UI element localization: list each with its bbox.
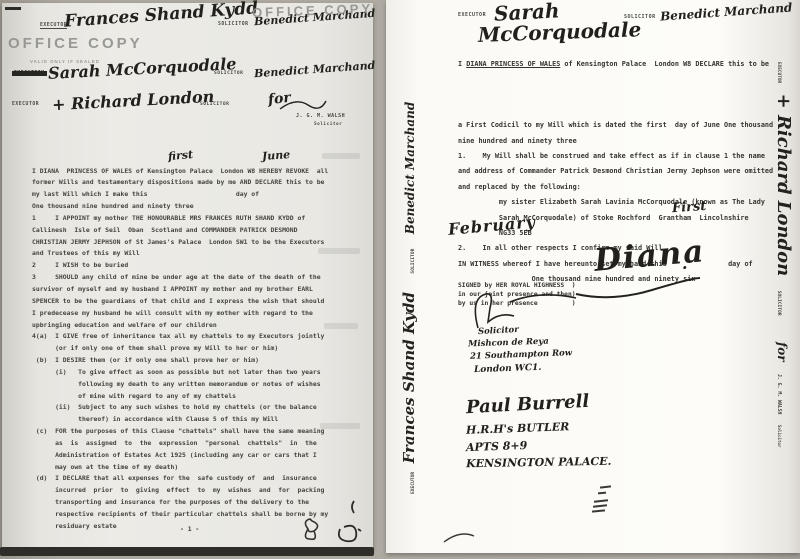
will-body-line: SPENCER to be the guardians of that chil… — [32, 296, 328, 308]
will-body-line: (i) To give effect as soon as possible b… — [32, 367, 328, 379]
witness1-signature-scrawl — [460, 288, 580, 332]
will-body-line: Administration of Estates Act 1925 (incl… — [32, 450, 328, 462]
richard-margin-signature: + Richard London — [773, 94, 794, 277]
scan-artifact — [318, 248, 360, 254]
codicil-line1-pre: I — [458, 60, 466, 68]
will-body-line: I DIANA PRINCESS OF WALES of Kensington … — [32, 166, 328, 178]
codicil-page: EXECUTOR Sarah McCorquodale SOLICITOR Be… — [386, 0, 800, 553]
will-body-line: (d) I DECLARE that all expenses for the … — [32, 473, 328, 485]
codicil-body-line: and address of Commander Patrick Desmond… — [458, 164, 773, 179]
witness1-city: London WC1. — [474, 363, 542, 375]
scan-shadow-bar — [0, 547, 374, 556]
handwritten-day: First — [672, 199, 707, 216]
will-body-line: 4(a) I GIVE free of inheritance tax all … — [32, 331, 328, 343]
will-body-line: 2 I WISH to be buried — [32, 260, 328, 272]
will-body-line: (ii) Subject to any such wishes to hold … — [32, 402, 328, 414]
will-body-line: (b) I DESIRE them (or if only one shall … — [32, 355, 328, 367]
executrix-label-struck: EXECUTRIX — [12, 71, 47, 76]
will-body-line: transporting and insurance for the purpo… — [32, 497, 328, 509]
will-body-line: thereof) in accordance with Clause 5 of … — [32, 414, 328, 426]
will-body-line: I predecease my husband he will consult … — [32, 308, 328, 320]
scan-artifact — [322, 153, 360, 159]
will-body-line: (c) FOR the purposes of this Clause "cha… — [32, 426, 328, 438]
codicil-title-underlined: DIANA PRINCESS OF WALES — [466, 60, 560, 68]
solicitor-signature: Benedict Marchand — [660, 0, 793, 23]
solicitor-label: SOLICITOR — [411, 249, 416, 274]
will-body-line: and Trustees of this my Will — [32, 248, 328, 260]
codicil-line1-rest: of Kensington Palace London W8 DECLARE t… — [560, 60, 769, 68]
walsh-typed-title: Solicitor — [314, 122, 342, 127]
page-number: - 1 - — [180, 525, 199, 533]
codicil-body-line: nine hundred and ninety three — [458, 134, 773, 149]
walsh-typed-title: Solicitor — [777, 425, 782, 448]
scan-corner-mark — [5, 7, 21, 10]
handwritten-day: first — [167, 148, 193, 163]
witness2-title: H.R.H's BUTLER — [466, 420, 570, 437]
solicitor-label: SOLICITOR — [776, 291, 781, 316]
scanned-will-document: EXECUTOR Frances Shand Kydd SOLICITOR Be… — [0, 0, 800, 559]
will-body-line: incurred prior to giving effect to my wi… — [32, 485, 328, 497]
witness2-residence: KENSINGTON PALACE. — [466, 455, 612, 471]
will-body-line: survivor of myself and my husband I APPO… — [32, 284, 328, 296]
marchand-margin-signature: Benedict Marchand — [403, 102, 417, 234]
will-page-1: EXECUTOR Frances Shand Kydd SOLICITOR Be… — [2, 3, 373, 549]
witness1-address: 21 Southampton Row — [470, 348, 572, 362]
will-body-text: I DIANA PRINCESS OF WALES of Kensington … — [32, 130, 328, 533]
office-copy-stamp: OFFICE COPY — [8, 35, 143, 52]
will-body-line: 3 SHOULD any child of mine be under age … — [32, 272, 328, 284]
walsh-typed-name: J. G. M. WALSH — [296, 113, 345, 119]
codicil-body-line: and replaced by the following: — [458, 180, 773, 195]
executor-label: EXECUTOR — [40, 23, 67, 29]
will-body-line: my last Will which I make this day of — [32, 189, 328, 201]
will-body-line: (or if only one of them shall prove my W… — [32, 343, 328, 355]
codicil-line-1: I DIANA PRINCESS OF WALES of Kensington … — [458, 57, 769, 72]
will-body-line: One thousand nine hundred and ninety thr… — [32, 201, 328, 213]
executor-label: EXECUTOR — [458, 12, 486, 18]
margin-signature-richard: EXECUTOR + Richard London SOLICITOR for … — [773, 62, 794, 492]
witness1-title: Solicitor — [478, 325, 519, 337]
will-body-line: may own at the time of my death) — [32, 462, 328, 474]
margin-signature-frances: EXECUTOR Frances Shand Kydd SOLICITOR Be… — [400, 94, 419, 494]
scan-pen-mark — [442, 530, 476, 544]
will-body-line: 1 I APPOINT my mother THE HONOURABLE MRS… — [32, 213, 328, 225]
scan-artifact — [320, 423, 360, 429]
witness2-signature: Paul Burrell — [466, 391, 590, 418]
solicitor-label: SOLICITOR — [624, 14, 656, 20]
diana-signature-flourish — [572, 276, 702, 300]
witness-initials-doodle — [300, 511, 330, 547]
executor-label: EXECUTOR — [776, 62, 781, 83]
solicitor-label: SOLICITOR — [218, 22, 249, 27]
diana-initial-doodle — [332, 499, 366, 549]
witness2-address: APTS 8+9 — [466, 439, 528, 454]
signature-flourish — [278, 95, 328, 115]
walsh-typed-name: J. G. M. WALSH — [776, 374, 781, 414]
codicil-body-line: 1. My Will shall be construed and take e… — [458, 149, 773, 164]
codicil-body-line: a First Codicil to my Will which is date… — [458, 118, 773, 133]
will-body-line: respective recipients of their particula… — [32, 509, 328, 521]
will-body-line: following my death to any written memora… — [32, 379, 328, 391]
codicil-body-line: my sister Elizabeth Sarah Lavinia McCorq… — [458, 195, 773, 210]
solicitor2-signature: Benedict Marchand — [254, 59, 376, 80]
solicitor-label: SOLICITOR — [214, 71, 243, 76]
will-body-line: upbringing education and welfare of our … — [32, 320, 328, 332]
executor3-signature: + Richard London — [52, 87, 215, 114]
walsh-margin-scrawl: for — [775, 342, 789, 362]
solicitor-label: SOLICITOR — [200, 102, 229, 107]
executor-label: EXECUTOR — [411, 472, 416, 494]
executor-signature-line2: McCorquodale — [478, 17, 642, 47]
executor-label: EXECUTOR — [12, 102, 39, 107]
witness1-firm: Mishcon de Reya — [468, 337, 549, 350]
will-body-line: former Wills and testamentary dispositio… — [32, 177, 328, 189]
frances-margin-signature: Frances Shand Kydd — [400, 292, 418, 463]
diana-signature-period: . — [682, 254, 688, 273]
will-body-line: Callinesh Isle of Seil Oban Scotland and… — [32, 225, 328, 237]
handwritten-month: June — [262, 148, 291, 163]
will-body-line: of mine with regard to any of my chattel… — [32, 391, 328, 403]
will-body-line: CHRISTIAN JERMY JEPHSON of St James's Pa… — [32, 237, 328, 249]
scan-artifact — [324, 323, 358, 329]
will-body-line: as is assigned to the expression "person… — [32, 438, 328, 450]
